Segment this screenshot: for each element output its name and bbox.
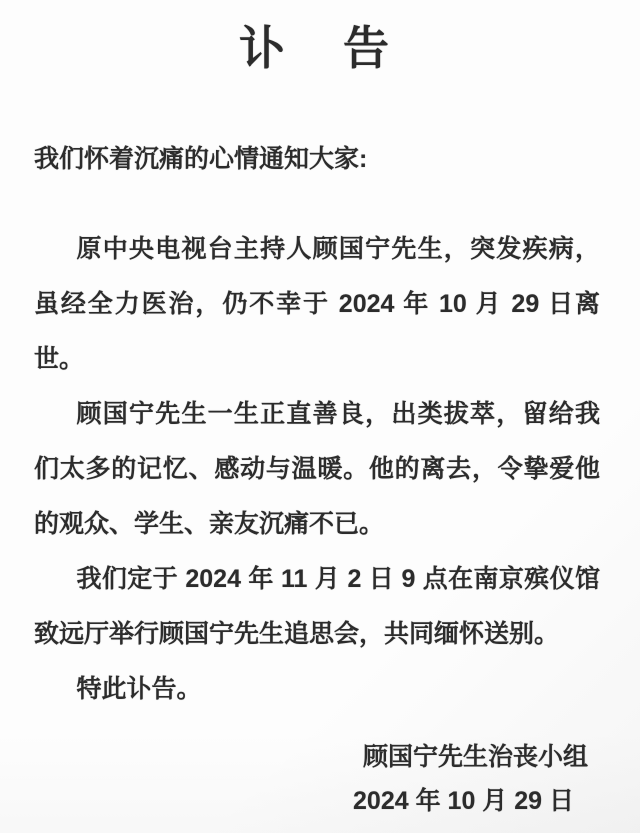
- document-body: 原中央电视台主持人顾国宁先生，突发疾病，虽经全力医治，仍不幸于 2024 年 1…: [34, 222, 600, 717]
- paragraph-memorial-arrangement: 我们定于 2024 年 11 月 2 日 9 点在南京殡仪馆致远厅举行顾国宁先生…: [34, 552, 600, 662]
- signature-date: 2024 年 10 月 29 日: [0, 779, 640, 823]
- page-title: 讣 告: [34, 16, 600, 80]
- signature-block: 顾国宁先生治丧小组 2024 年 10 月 29 日: [0, 735, 640, 823]
- closing-statement: 特此讣告。: [34, 662, 600, 717]
- obituary-document: 讣 告 我们怀着沉痛的心情通知大家: 原中央电视台主持人顾国宁先生，突发疾病，虽…: [0, 0, 640, 833]
- salutation-line: 我们怀着沉痛的心情通知大家:: [34, 142, 600, 176]
- paragraph-tribute: 顾国宁先生一生正直善良，出类拔萃，留给我们太多的记忆、感动与温暖。他的离去，令挚…: [34, 387, 600, 552]
- signature-committee: 顾国宁先生治丧小组: [0, 735, 640, 779]
- paragraph-death-notice: 原中央电视台主持人顾国宁先生，突发疾病，虽经全力医治，仍不幸于 2024 年 1…: [34, 222, 600, 387]
